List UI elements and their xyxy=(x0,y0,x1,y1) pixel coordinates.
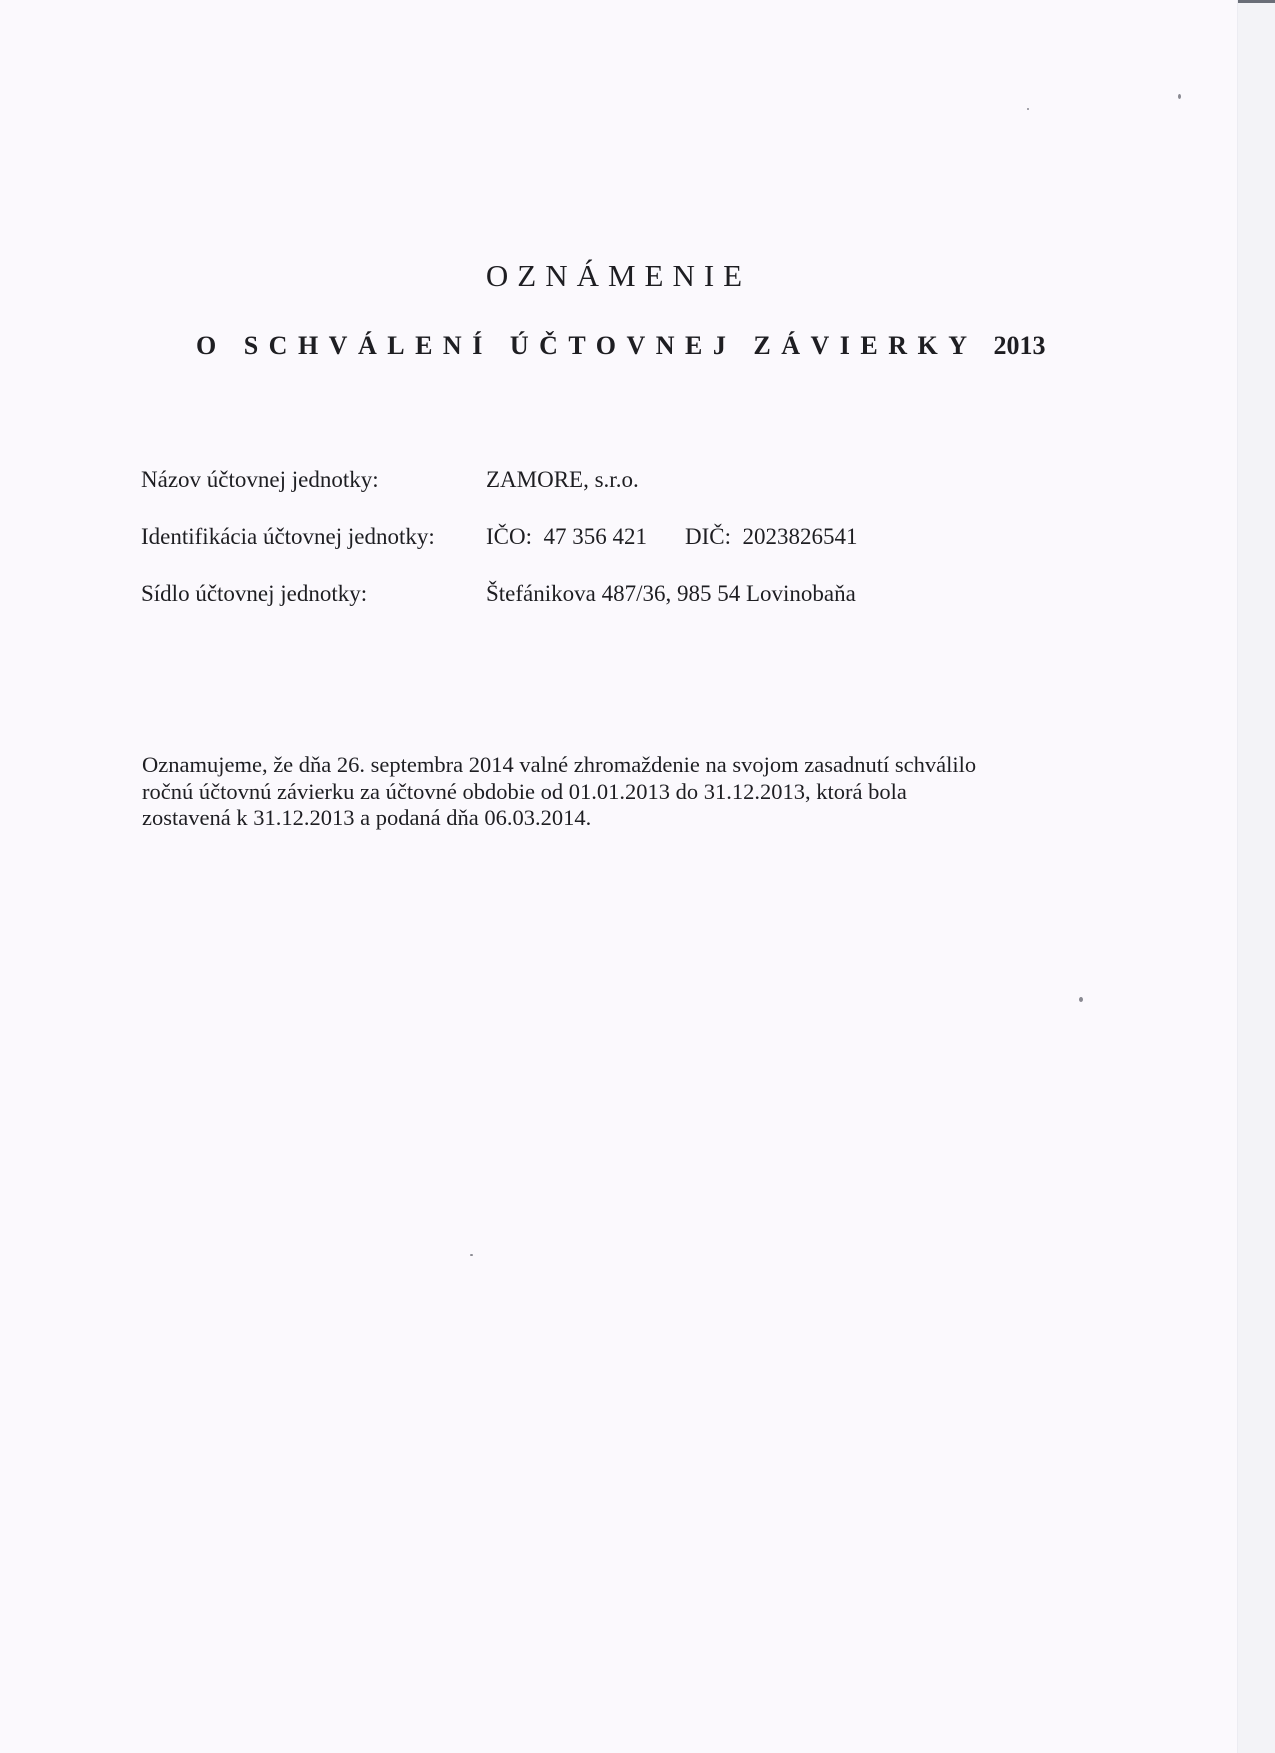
document-title: OZNÁMENIE xyxy=(0,258,1237,294)
info-row-address: Sídlo účtovnej jednotky:Štefánikova 487/… xyxy=(141,581,856,607)
scan-speck xyxy=(1027,108,1029,110)
subtitle-text: O SCHVÁLENÍ ÚČTOVNEJ ZÁVIERKY xyxy=(196,331,977,360)
paragraph-line: zostavená k 31.12.2013 a podaná dňa 06.0… xyxy=(142,805,1102,832)
info-label: Sídlo účtovnej jednotky: xyxy=(141,581,486,607)
info-label: Identifikácia účtovnej jednotky: xyxy=(141,524,486,550)
info-row-identification: Identifikácia účtovnej jednotky:IČO: 47 … xyxy=(141,524,858,550)
ico-label: IČO: xyxy=(486,524,532,550)
announcement-paragraph: Oznamujeme, že dňa 26. septembra 2014 va… xyxy=(142,752,1102,832)
scan-edge-strip xyxy=(1237,0,1275,1753)
scan-edge-shadow xyxy=(1238,0,1275,3)
dic-label: DIČ: xyxy=(685,524,731,550)
document-subtitle: O SCHVÁLENÍ ÚČTOVNEJ ZÁVIERKY 2013 xyxy=(196,331,1046,361)
info-row-name: Názov účtovnej jednotky:ZAMORE, s.r.o. xyxy=(141,467,639,493)
scan-speck xyxy=(470,1254,473,1256)
company-name: ZAMORE, s.r.o. xyxy=(486,467,639,493)
company-address: Štefánikova 487/36, 985 54 Lovinobaňa xyxy=(486,581,856,607)
scan-speck xyxy=(1178,94,1181,99)
info-label: Názov účtovnej jednotky: xyxy=(141,467,486,493)
subtitle-year: 2013 xyxy=(994,331,1046,360)
paragraph-line: Oznamujeme, že dňa 26. septembra 2014 va… xyxy=(142,752,1102,779)
scan-speck xyxy=(1079,997,1083,1002)
paragraph-line: ročnú účtovnú závierku za účtovné obdobi… xyxy=(142,779,1102,806)
ico-value: 47 356 421 xyxy=(544,524,648,550)
dic-value: 2023826541 xyxy=(743,524,858,550)
